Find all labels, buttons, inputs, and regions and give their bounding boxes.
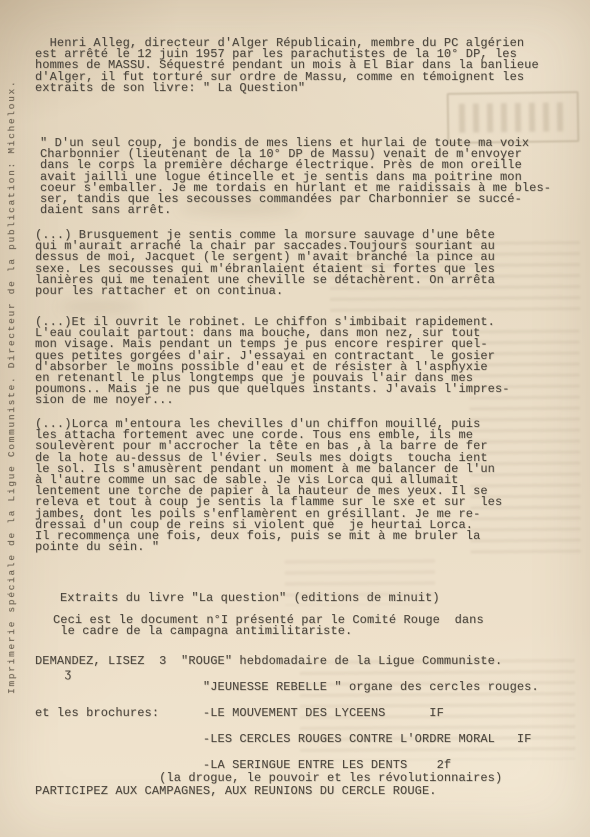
printer-imprint-note: Imprimerie spéciale de la Ligue Communis… bbox=[6, 80, 17, 694]
quote-paragraph-4: (...)Lorca m'entoura les chevilles d'un … bbox=[35, 419, 502, 553]
bleedthrough-stamp-text-ghost bbox=[459, 102, 567, 133]
committee-note: Ceci est le document n°I présenté par le… bbox=[53, 615, 484, 637]
publications-footer-block: DEMANDEZ, LISEZ 3 "ROUGE" hebdomadaire d… bbox=[35, 655, 539, 798]
paper-smudge bbox=[60, 300, 140, 314]
quote-paragraph-2: (...) Brusquement je sentis comme la mor… bbox=[35, 230, 495, 297]
quote-paragraph-1: " D'un seul coup, je bondis de mes liens… bbox=[40, 138, 551, 216]
intro-paragraph: Henri Alleg, directeur d'Alger Républica… bbox=[35, 38, 539, 94]
scanned-leaflet-page: { "page": { "colors": { "paper": "#e9dcc… bbox=[0, 0, 590, 837]
source-line: Extraits du livre "La question" (edition… bbox=[60, 593, 440, 604]
quote-paragraph-3: (...)Et il ouvrit le robinet. Le chiffon… bbox=[35, 317, 510, 407]
